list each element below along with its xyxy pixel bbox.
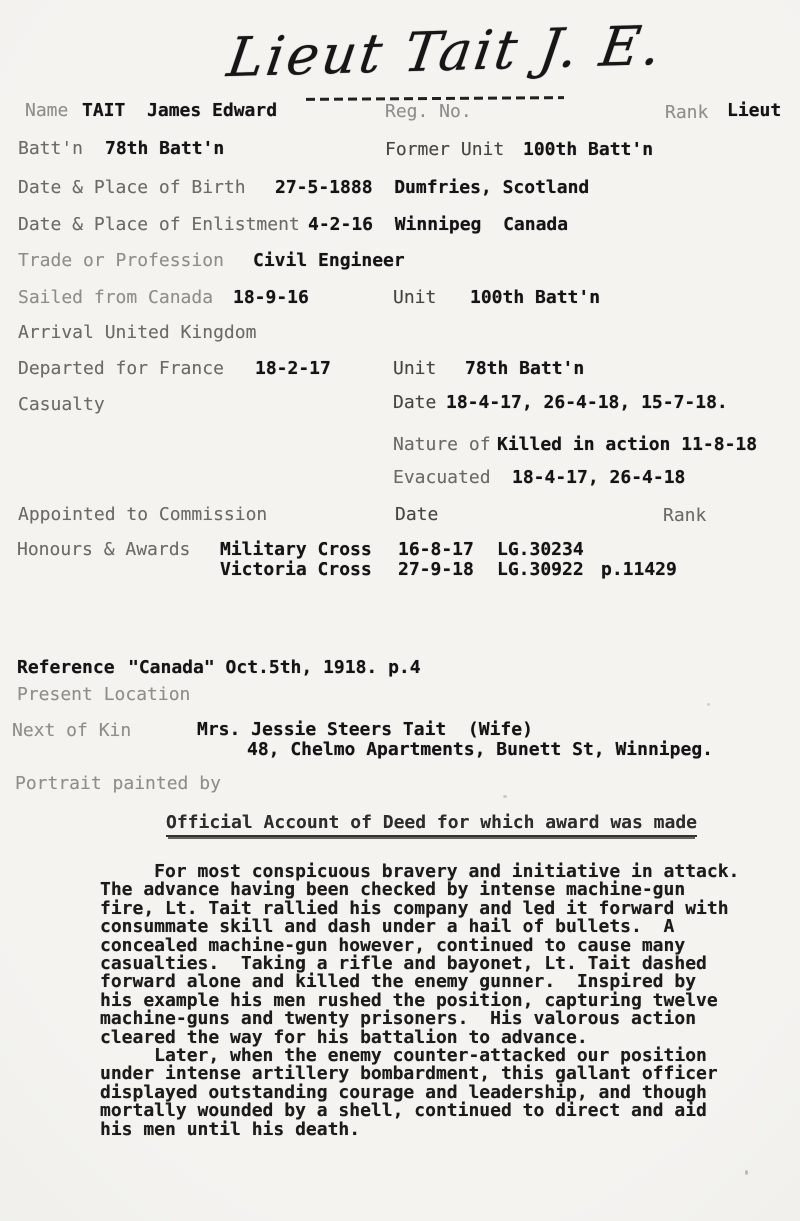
- next-of-kin-address: 48, Chelmo Apartments, Bunett St, Winnip…: [247, 739, 713, 760]
- next-of-kin-name: Mrs. Jessie Steers Tait (Wife): [197, 719, 533, 740]
- honour-date: 27-9-18: [398, 559, 474, 580]
- honour-page: p.11429: [601, 559, 677, 580]
- sailed-value: 18-9-16: [233, 287, 309, 308]
- departed-value: 18-2-17: [255, 358, 331, 379]
- deed-heading: Official Account of Deed for which award…: [166, 812, 697, 837]
- deed-line: mortally wounded by a shell, continued t…: [100, 1102, 768, 1120]
- birth-value: 27-5-1888 Dumfries, Scotland: [275, 177, 589, 198]
- former-unit-value: 100th Batt'n: [523, 139, 653, 160]
- honour-gazette: LG.30922: [497, 559, 584, 580]
- reference-value: "Canada" Oct.5th, 1918. p.4: [128, 657, 421, 678]
- trade-value: Civil Engineer: [253, 250, 405, 271]
- honour-award: Victoria Cross: [220, 559, 372, 580]
- next-of-kin-label: Next of Kin: [12, 720, 131, 741]
- reference-label: Reference: [17, 657, 115, 678]
- deed-line: his men until his death.: [100, 1121, 768, 1139]
- evacuated-value: 18-4-17, 26-4-18: [512, 467, 685, 488]
- former-unit-label: Former Unit: [385, 139, 504, 160]
- sailed-unit-value: 100th Batt'n: [470, 287, 600, 308]
- commission-rank-label: Rank: [663, 505, 706, 526]
- enlistment-label: Date & Place of Enlistment: [18, 214, 300, 235]
- scan-speck: [745, 1170, 748, 1175]
- reg-no-label: Reg. No.: [385, 101, 472, 122]
- scan-speck: [707, 703, 710, 706]
- departed-unit-value: 78th Batt'n: [465, 358, 584, 379]
- honour-gazette: LG.30234: [497, 539, 584, 560]
- deed-line: machine-guns and twenty prisoners. His v…: [100, 1010, 768, 1028]
- sailed-label: Sailed from Canada: [18, 287, 213, 308]
- nature-label: Nature of: [393, 434, 491, 455]
- present-location-label: Present Location: [17, 684, 190, 705]
- honours-label: Honours & Awards: [17, 539, 190, 560]
- deed-body: For most conspicuous bravery and initiat…: [100, 863, 768, 1139]
- battn-value: 78th Batt'n: [105, 138, 224, 159]
- casualty-label: Casualty: [18, 394, 105, 415]
- casualty-date-label: Date: [393, 392, 436, 413]
- trade-label: Trade or Profession: [18, 250, 224, 271]
- departed-unit-label: Unit: [393, 358, 436, 379]
- nature-value: Killed in action 11-8-18: [497, 434, 757, 455]
- commission-label: Appointed to Commission: [18, 504, 267, 525]
- casualty-date-value: 18-4-17, 26-4-18, 15-7-18.: [446, 392, 728, 413]
- arrival-label: Arrival United Kingdom: [18, 322, 256, 343]
- enlistment-value: 4-2-16 Winnipeg Canada: [308, 214, 568, 235]
- portrait-label: Portrait painted by: [15, 773, 221, 794]
- handwritten-title: Lieut Tait J. E.: [223, 14, 667, 89]
- departed-label: Departed for France: [18, 358, 224, 379]
- name-value: TAIT James Edward: [82, 100, 277, 121]
- honour-award: Military Cross: [220, 539, 372, 560]
- honour-date: 16-8-17: [398, 539, 474, 560]
- birth-label: Date & Place of Birth: [18, 177, 246, 198]
- rank-value: Lieut: [727, 100, 781, 121]
- document-page: Lieut Tait J. E. Name TAIT James Edward …: [0, 0, 800, 1221]
- rank-label: Rank: [665, 102, 708, 123]
- scan-speck: [503, 795, 507, 798]
- battn-label: Batt'n: [18, 138, 83, 159]
- deed-line: consummate skill and dash under a hail o…: [100, 918, 768, 936]
- name-label: Name: [25, 100, 68, 121]
- sailed-unit-label: Unit: [393, 287, 436, 308]
- evacuated-label: Evacuated: [393, 467, 491, 488]
- commission-date-label: Date: [395, 504, 438, 525]
